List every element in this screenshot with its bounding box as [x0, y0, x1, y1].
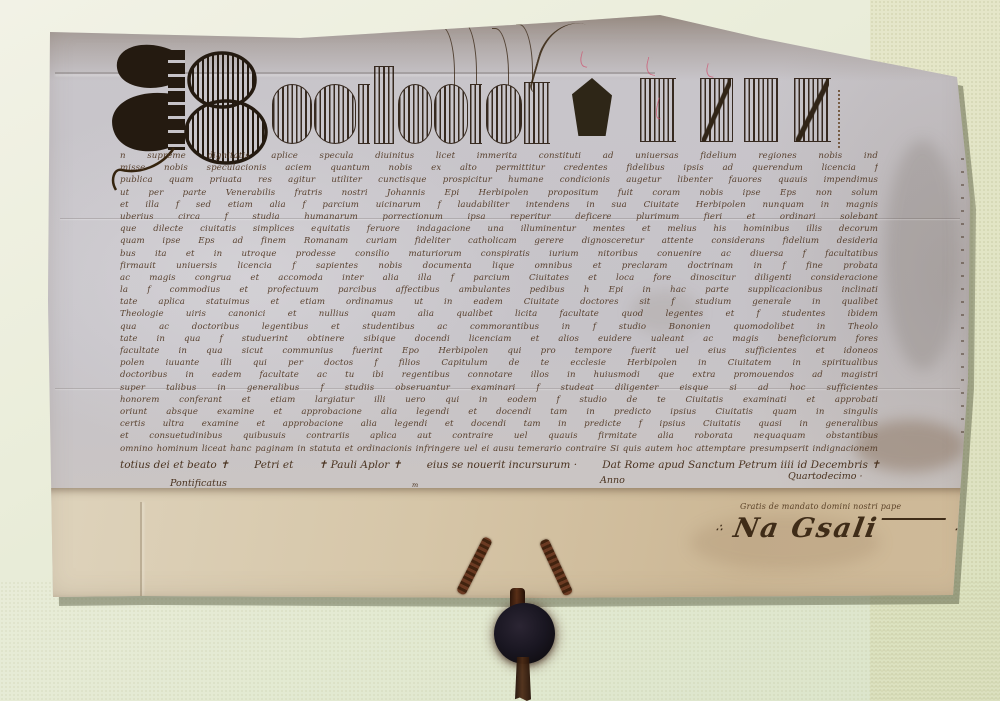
manuscript-line: la f commodius et profectuum parcibus af… [120, 284, 878, 296]
stitch-holes [961, 158, 964, 436]
pen-flourish [460, 22, 477, 85]
display-letter-block [470, 84, 482, 144]
display-letter-block [314, 84, 356, 144]
manuscript-line: quam ipse Eps ad finem Romanam curiam fi… [120, 235, 878, 247]
manuscript-line: et illa f sed etiam alia f parcium uicin… [120, 199, 878, 211]
manuscript-line: honorem conferant et etiam largiatur ill… [120, 394, 878, 406]
display-letter-block [272, 84, 312, 144]
pen-swash [528, 14, 615, 110]
closing-segment: totius dei et beato ✝ [120, 458, 229, 472]
manuscript-line: tate in qua f studuerint obtinere sibiqu… [120, 333, 878, 345]
seal-cord-tail [515, 657, 531, 701]
signature-flourish-line [881, 518, 946, 523]
closing-line: totius dei et beato ✝Petri et✝ Pauli Apl… [120, 458, 880, 472]
manuscript-line: ut per parte Venerabilis fratris nostri … [120, 187, 878, 199]
dotted-flourish [838, 90, 844, 148]
display-letter-block [434, 84, 468, 144]
manuscript-line: que dilecte ciuitatis simplices equitati… [120, 223, 878, 235]
manuscript-line: qua ac doctoribus legentibus et studenti… [120, 321, 878, 333]
manuscript-line: polen iuuante illi qui per doctos f fili… [120, 357, 878, 369]
manuscript-line: doctoribus in eadem facultate ac tu ibi … [120, 369, 878, 381]
signature-mark: ∴ [715, 523, 723, 534]
charter-body-text: n supreme dignitatis aplice specula diui… [120, 150, 878, 455]
red-ink-mark [705, 63, 717, 78]
crease-line [60, 218, 960, 219]
anno-label: Anno [600, 475, 625, 486]
display-letter-block [794, 78, 831, 142]
regnal-year: Quartodecimo · [788, 471, 862, 482]
photograph-of-papal-bull: B n supreme dignitatis aplice specula di… [0, 0, 1000, 701]
display-letter-block [572, 78, 612, 136]
chancery-note: Gratis de mandato domini nostri pape [740, 502, 901, 511]
pen-flourish [516, 24, 533, 83]
pontificatus-label: Pontificatus [170, 478, 227, 489]
manuscript-line: oriunt absque examine et approbacione al… [120, 406, 878, 418]
plica-fold [40, 488, 975, 604]
manuscript-line: et consuetudinibus quibusuis contrariis … [120, 430, 878, 442]
manuscript-line: uberius circa f studia humanarum porrect… [120, 211, 878, 223]
pen-flourish [438, 26, 455, 85]
stain [630, 290, 700, 335]
signature-text: Na Gsali [731, 513, 880, 544]
display-letter-block [398, 84, 432, 144]
display-letter-block [358, 84, 370, 144]
pen-flourish [492, 28, 509, 85]
display-letter-block [374, 66, 394, 144]
manuscript-line: certis ultra examine et approbacione ali… [120, 418, 878, 430]
manuscript-line: super talibus in generalibus f studiis o… [120, 382, 878, 394]
display-letter-block [640, 78, 676, 142]
display-letter-block [700, 78, 733, 142]
chancery-signature: ∴ Na Gsali ∴ [713, 514, 964, 544]
manuscript-line: bus ita et in utroque prodesse consilio … [120, 248, 878, 260]
stain [885, 140, 960, 370]
display-letter-block [524, 82, 550, 144]
manuscript-line: omnino hominum liceat hanc paginam in st… [120, 443, 878, 455]
display-letter-block [744, 78, 778, 142]
red-ink-mark [644, 57, 659, 76]
manuscript-line: Theologie uiris canonici et nullius quam… [120, 308, 878, 320]
closing-segment: ✝ Pauli Aplor ✝ [319, 458, 402, 472]
manuscript-line: misse nobis speculacionis aciem quantum … [120, 162, 878, 174]
parchment-charter: B n supreme dignitatis aplice specula di… [40, 10, 975, 604]
illuminated-initial-B: B [102, 36, 292, 206]
manuscript-line: firmauit uniuersis licencia f sapientes … [120, 260, 878, 272]
stain [855, 420, 965, 472]
stain [690, 515, 880, 570]
manuscript-line: ac magis congrua et accomoda inter alia … [120, 272, 878, 284]
closing-segment: Dat Rome apud Sanctum Petrum iiii id Dec… [602, 458, 880, 472]
crease-line [55, 388, 960, 389]
lead-bulla-seal [494, 603, 555, 664]
manuscript-line: tate aplica statuimus et etiam ordinamus… [120, 296, 878, 308]
red-ink-mark [578, 51, 590, 68]
display-letter-block [486, 84, 522, 144]
crease-line [55, 72, 655, 74]
manuscript-line: facultate in qua sicut communius fuerint… [120, 345, 878, 357]
closing-segment: eius se nouerit incursurum · [427, 458, 577, 472]
manuscript-line: n supreme dignitatis aplice specula diui… [120, 150, 878, 162]
manuscript-line: publica quam priuata res agitur utiliter… [120, 174, 878, 186]
red-ink-mark [654, 97, 666, 119]
abbreviation-mark: m [412, 480, 418, 491]
closing-segment: Petri et [254, 458, 293, 472]
crease-line [140, 502, 142, 596]
